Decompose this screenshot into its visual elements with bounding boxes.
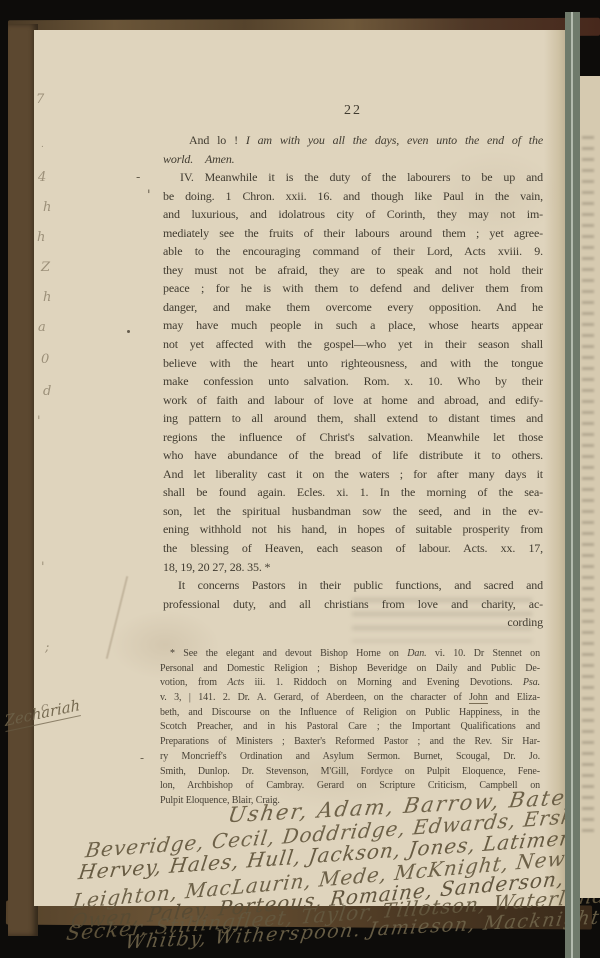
text-line: ing pattern to all around them, shall ex…: [163, 411, 543, 430]
text-line: professional duty, and all christians fr…: [163, 597, 543, 616]
text-line: 18, 19, 20 27, 28. 35. *: [163, 560, 543, 579]
book-cradle-rod: [565, 12, 580, 958]
text-line: And let liberality cast it on the waters…: [163, 467, 543, 486]
pen-mark: ': [147, 188, 151, 203]
text-line: they must not be afraid, they are to spe…: [163, 263, 543, 282]
text-line: shall be found again. Ecles. xi. 1. In t…: [163, 485, 543, 504]
edge-glyph: 4: [38, 170, 46, 185]
text-line: ening withhold not his hand, in hopes of…: [163, 522, 543, 541]
text-line: world. Amen.: [163, 152, 543, 171]
text-line: It concerns Pastors in their public func…: [163, 578, 543, 597]
pen-mark: -: [136, 170, 140, 185]
text-line: able to the encouraging command of their…: [163, 244, 543, 263]
text-line: may have much people in such a place, wh…: [163, 318, 543, 337]
text-line: cording: [163, 615, 543, 634]
text-line: believe with the heart unto righteousnes…: [163, 356, 543, 375]
edge-glyph: d: [43, 384, 51, 399]
page-number: 22: [163, 103, 543, 119]
edge-glyph: ': [41, 560, 45, 575]
footnote-line: ry Moncrieff's Ordination and Asylum Ser…: [160, 751, 540, 766]
body-text: And lo ! I am with you all the days, eve…: [163, 133, 543, 634]
facing-page-ghost-text: [582, 136, 594, 836]
footnote-line: beth, and Discourse on the Influence of …: [160, 707, 540, 722]
text-line: son, let the spiritual husbandman sow th…: [163, 504, 543, 523]
edge-glyph: ;: [45, 640, 49, 655]
text-line: who have abundance of the bread of life …: [163, 448, 543, 467]
footnote-line: v. 3, | 141. 2. Dr. A. Gerard, of Aberde…: [160, 692, 540, 707]
text-line: mediately see the fruits of their labour…: [163, 226, 543, 245]
facing-page-sliver: [578, 76, 600, 898]
text-line: And lo ! I am with you all the days, eve…: [163, 133, 543, 152]
footnote-line: * See the elegant and devout Bishop Horn…: [160, 648, 540, 663]
text-line: danger, and make them overcome every opp…: [163, 300, 543, 319]
text-line: the blessing of Heaven, each season of l…: [163, 541, 543, 560]
edge-glyph: ': [37, 414, 41, 429]
text-line: peace ; for he is with them to defend an…: [163, 281, 543, 300]
footnote-line: votion, from Acts iii. 1. Riddoch on Mor…: [160, 677, 540, 692]
footnote-line: Preparations of Ministers ; Baxter's Ref…: [160, 736, 540, 751]
edge-glyph: Z: [41, 260, 50, 275]
page-gutter-shadow: [34, 30, 162, 906]
edge-glyph: h: [43, 290, 51, 305]
edge-glyph: 0: [41, 352, 49, 367]
pen-mark: -: [140, 751, 144, 765]
text-line: regions the influence of Christ's salvat…: [163, 430, 543, 449]
text-line: and luxurious, and idolatrous city of Co…: [163, 207, 543, 226]
footnote-text: * See the elegant and devout Bishop Horn…: [160, 648, 540, 810]
text-line: make confession unto salvation. Rom. x. …: [163, 374, 543, 393]
footnote-line: Smith, Dunlop. Dr. Stevenson, M'Gill, Fo…: [160, 766, 540, 781]
text-line: work of faith and labour of love at home…: [163, 393, 543, 412]
book-scan: 22 And lo ! I am with you all the days, …: [0, 0, 600, 958]
edge-glyph: h: [43, 200, 51, 215]
ink-speck: [127, 330, 130, 333]
edge-glyph: 7: [36, 92, 44, 107]
footnote-line: Scotch Preacher, and in his Pastoral Car…: [160, 721, 540, 736]
text-line: be doing. 1 Chron. xxii. 16. and though …: [163, 189, 543, 208]
edge-glyph: a: [38, 320, 46, 335]
text-line: IV. Meanwhile it is the duty of the labo…: [163, 170, 543, 189]
text-line: not yet affected with the gospel—who yet…: [163, 337, 543, 356]
footnote-line: Personal and Domestic Religion ; Bishop …: [160, 663, 540, 678]
edge-glyph: .: [41, 140, 44, 150]
edge-glyph: h: [37, 230, 45, 245]
